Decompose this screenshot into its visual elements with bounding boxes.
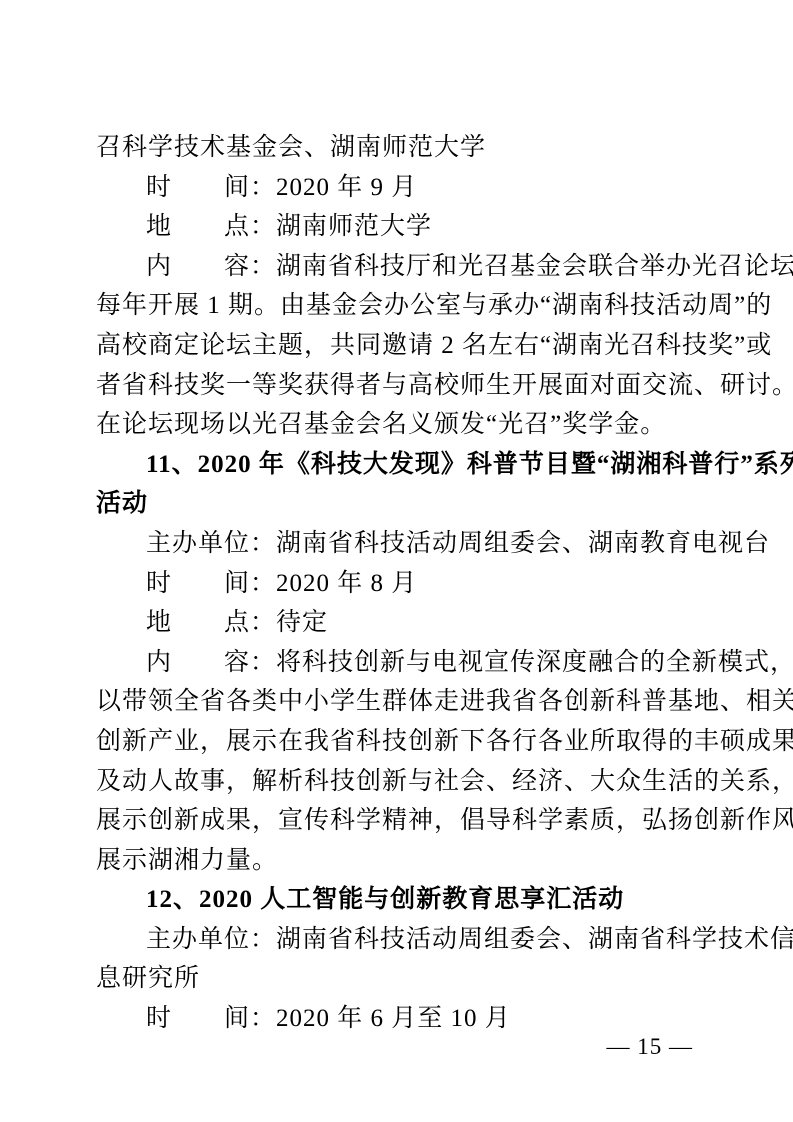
text-line: 地 点：湖南师范大学 [96, 207, 704, 247]
text-line: 时 间：2020 年 8 月 [96, 564, 704, 604]
document-page: 召科学技术基金会、湖南师范大学时 间：2020 年 9 月地 点：湖南师范大学内… [0, 0, 793, 1122]
text-line: 者省科技奖一等奖获得者与高校师生开展面对面交流、研讨。 [96, 366, 704, 406]
page-number: — 15 — [607, 1032, 694, 1062]
text-line: 主办单位：湖南省科技活动周组委会、湖南省科学技术信 [96, 920, 704, 960]
text-line: 召科学技术基金会、湖南师范大学 [96, 128, 704, 168]
text-line: 展示创新成果，宣传科学精神，倡导科学素质，弘扬创新作风， [96, 801, 704, 841]
text-line: 息研究所 [96, 959, 704, 999]
heading-line: 活动 [96, 484, 704, 524]
document-body: 召科学技术基金会、湖南师范大学时 间：2020 年 9 月地 点：湖南师范大学内… [96, 128, 704, 1039]
text-line: 创新产业，展示在我省科技创新下各行各业所取得的丰硕成果 [96, 722, 704, 762]
text-line: 在论坛现场以光召基金会名义颁发“光召”奖学金。 [96, 405, 704, 445]
heading-line: 12、2020 人工智能与创新教育思享汇活动 [96, 880, 704, 920]
text-line: 内 容：将科技创新与电视宣传深度融合的全新模式， [96, 643, 704, 683]
text-line: 时 间：2020 年 9 月 [96, 168, 704, 208]
text-line: 高校商定论坛主题，共同邀请 2 名左右“湖南光召科技奖”或 [96, 326, 704, 366]
text-line: 以带领全省各类中小学生群体走进我省各创新科普基地、相关 [96, 682, 704, 722]
heading-line: 11、2020 年《科技大发现》科普节目暨“湖湘科普行”系列 [96, 445, 704, 485]
text-line: 展示湖湘力量。 [96, 841, 704, 881]
text-line: 内 容：湖南省科技厅和光召基金会联合举办光召论坛， [96, 247, 704, 287]
text-line: 主办单位：湖南省科技活动周组委会、湖南教育电视台 [96, 524, 704, 564]
text-line: 地 点：待定 [96, 603, 704, 643]
text-line: 及动人故事，解析科技创新与社会、经济、大众生活的关系， [96, 762, 704, 802]
text-line: 每年开展 1 期。由基金会办公室与承办“湖南科技活动周”的 [96, 286, 704, 326]
